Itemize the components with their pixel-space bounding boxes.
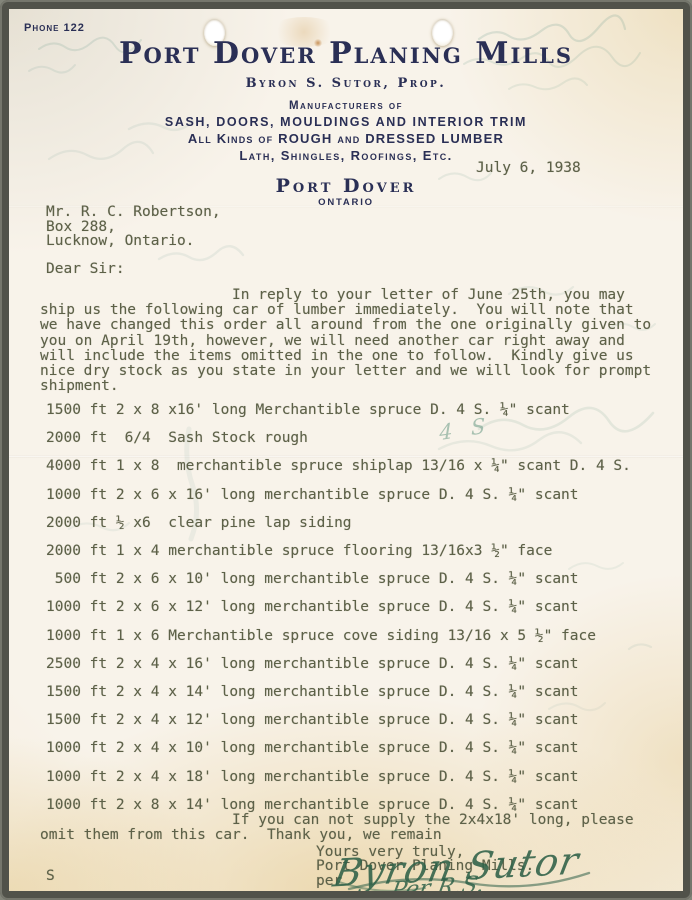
order-item: 1000 ft 2 x 4 x 10' long merchantible sp… <box>46 734 631 762</box>
proprietor-line: Byron S. Sutor, Prop. <box>9 76 683 91</box>
order-item: 1000 ft 2 x 6 x 12' long merchantible sp… <box>46 593 631 621</box>
order-item: 1500 ft 2 x 8 x16' long Merchantible spr… <box>46 396 631 424</box>
address-line: Lucknow, Ontario. <box>46 234 221 249</box>
recipient-address: Mr. R. C. Robertson,Box 288,Lucknow, Ont… <box>46 205 221 249</box>
products-line-3: Lath, Shingles, Roofings, Etc. <box>9 148 683 163</box>
order-item: 4000 ft 1 x 8 merchantible spruce shipla… <box>46 452 631 480</box>
order-item: 1000 ft 1 x 6 Merchantible spruce cove s… <box>46 622 631 650</box>
products-line-1: SASH, DOORS, MOULDINGS AND INTERIOR TRIM <box>9 115 683 129</box>
order-item: 500 ft 2 x 6 x 10' long merchantible spr… <box>46 565 631 593</box>
paragraph-line: will include the items omitted in the on… <box>40 349 651 364</box>
order-item: 2000 ft ½ x6 clear pine lap siding <box>46 509 631 537</box>
order-item: 2500 ft 2 x 4 x 16' long merchantible sp… <box>46 650 631 678</box>
address-line: Mr. R. C. Robertson, <box>46 205 221 220</box>
city-name: Port Dover <box>9 175 683 197</box>
manufacturers-line: Manufacturers of <box>9 100 683 112</box>
order-item: 2000 ft 6/4 Sash Stock rough <box>46 424 631 452</box>
letter-date: July 6, 1938 <box>476 160 581 176</box>
paragraph-line: If you can not supply the 2x4x18' long, … <box>40 813 634 828</box>
order-item: 1500 ft 2 x 4 x 14' long merchantible sp… <box>46 678 631 706</box>
products-line-2: All Kinds of ROUGH and DRESSED LUMBER <box>9 131 683 146</box>
closing-paragraph: If you can not supply the 2x4x18' long, … <box>40 813 634 842</box>
lumber-order-list: 1500 ft 2 x 8 x16' long Merchantible spr… <box>46 396 631 819</box>
paragraph-line: ship us the following car of lumber imme… <box>40 303 651 318</box>
paragraph-line: nice dry stock as you state in your lett… <box>40 364 651 379</box>
photo-frame: Phone 122 Port Dover Planing Mills Byron… <box>0 0 692 900</box>
paragraph-line: In reply to your letter of June 25th, yo… <box>40 288 651 303</box>
paragraph-line: you on April 19th, however, we will need… <box>40 334 651 349</box>
paragraph-line: we have changed this order all around fr… <box>40 318 651 333</box>
paragraph-line: shipment. <box>40 379 651 394</box>
order-item: 1500 ft 2 x 4 x 12' long merchantible sp… <box>46 706 631 734</box>
order-item: 2000 ft 1 x 4 merchantible spruce floori… <box>46 537 631 565</box>
letter-paper: Phone 122 Port Dover Planing Mills Byron… <box>9 9 683 891</box>
order-item: 1000 ft 2 x 6 x 16' long merchantible sp… <box>46 481 631 509</box>
address-line: Box 288, <box>46 220 221 235</box>
salutation: Dear Sir: <box>46 261 125 277</box>
letterhead: Port Dover Planing Mills Byron S. Sutor,… <box>9 36 683 208</box>
order-item: 1000 ft 2 x 4 x 18' long merchantible sp… <box>46 763 631 791</box>
typist-initial: S <box>46 868 55 884</box>
company-name: Port Dover Planing Mills <box>9 36 683 71</box>
phone-number: Phone 122 <box>24 22 85 34</box>
opening-paragraph: In reply to your letter of June 25th, yo… <box>40 288 651 394</box>
